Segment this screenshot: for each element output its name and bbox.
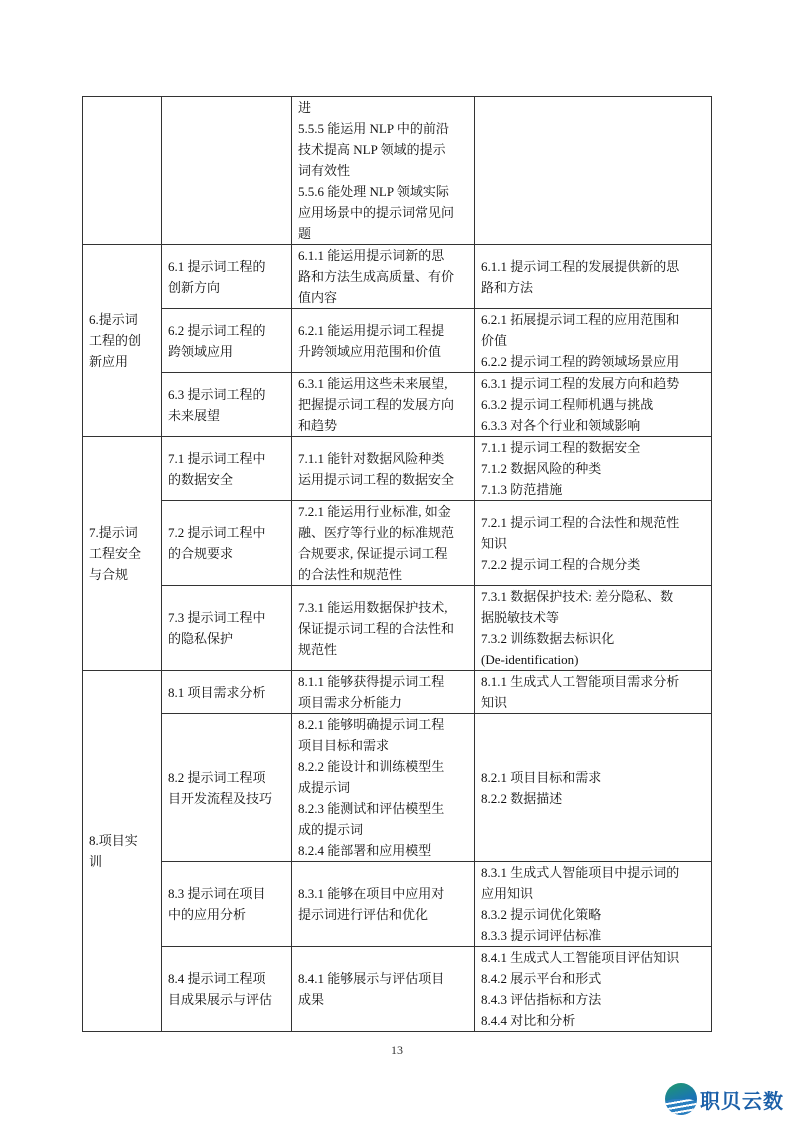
table-row: 8.4 提示词工程项 目成果展示与评估 8.4.1 能够展示与评估项目 成果 8… — [83, 947, 712, 1032]
unit-cell: 8.4 提示词工程项 目成果展示与评估 — [162, 947, 292, 1032]
cell-line: 应用知识 — [481, 883, 705, 904]
cell-line: 成果 — [298, 989, 468, 1010]
cell-line: 8.项目实 — [89, 830, 155, 851]
cell-line: 7.1.2 数据风险的种类 — [481, 458, 705, 479]
module-cell: 6.提示词 工程的创 新应用 — [83, 245, 162, 437]
cell-line: 7.2.1 提示词工程的合法性和规范性 — [481, 512, 705, 533]
cell-line: 工程安全 — [89, 543, 155, 564]
knowledge-cell: 8.1.1 生成式人工智能项目需求分析 知识 — [475, 671, 712, 714]
module-cell: 8.项目实 训 — [83, 671, 162, 1032]
cell-line: 的数据安全 — [168, 469, 285, 490]
skill-cell: 7.3.1 能运用数据保护技术, 保证提示词工程的合法性和 规范性 — [292, 586, 475, 671]
cell-line: 8.2.2 能设计和训练模型生 — [298, 756, 468, 777]
cell-line: 8.3 提示词在项目 — [168, 883, 285, 904]
cell-line: 7.3.1 能运用数据保护技术, — [298, 597, 468, 618]
knowledge-cell — [475, 97, 712, 245]
knowledge-cell: 8.2.1 项目目标和需求 8.2.2 数据描述 — [475, 714, 712, 862]
unit-cell: 6.2 提示词工程的 跨领域应用 — [162, 309, 292, 373]
cell-line: 成提示词 — [298, 777, 468, 798]
cell-line: 跨领域应用 — [168, 341, 285, 362]
skill-cell: 7.2.1 能运用行业标准, 如金 融、医疗等行业的标准规范 合规要求, 保证提… — [292, 501, 475, 586]
cell-line: (De-identification) — [481, 649, 705, 670]
skill-cell: 6.1.1 能运用提示词新的思 路和方法生成高质量、有价 值内容 — [292, 245, 475, 309]
table-row: 8.项目实 训 8.1 项目需求分析 8.1.1 能够获得提示词工程 项目需求分… — [83, 671, 712, 714]
cell-line: 8.3.2 提示词优化策略 — [481, 904, 705, 925]
cell-line: 知识 — [481, 692, 705, 713]
cell-line: 6.提示词 — [89, 309, 155, 330]
cell-line: 8.4.1 能够展示与评估项目 — [298, 968, 468, 989]
skill-cell: 8.4.1 能够展示与评估项目 成果 — [292, 947, 475, 1032]
cell-line: 路和方法 — [481, 277, 705, 298]
cell-line: 6.3.1 能运用这些未来展望, — [298, 373, 468, 394]
cell-line: 把握提示词工程的发展方向 — [298, 394, 468, 415]
cell-line: 8.3.1 能够在项目中应用对 — [298, 883, 468, 904]
brand-logo: 职贝云数 — [665, 1083, 784, 1115]
unit-cell: 7.1 提示词工程中 的数据安全 — [162, 437, 292, 501]
cell-line: 融、医疗等行业的标准规范 — [298, 522, 468, 543]
cell-line: 成的提示词 — [298, 819, 468, 840]
cell-line: 8.2.1 项目目标和需求 — [481, 767, 705, 788]
cell-line: 8.1.1 能够获得提示词工程 — [298, 671, 468, 692]
cell-line: 合规要求, 保证提示词工程 — [298, 543, 468, 564]
cell-line: 8.2.4 能部署和应用模型 — [298, 840, 468, 861]
knowledge-cell: 7.2.1 提示词工程的合法性和规范性 知识 7.2.2 提示词工程的合规分类 — [475, 501, 712, 586]
cell-line: 7.提示词 — [89, 522, 155, 543]
knowledge-cell: 7.3.1 数据保护技术: 差分隐私、数 据脱敏技术等 7.3.2 训练数据去标… — [475, 586, 712, 671]
table-row: 8.2 提示词工程项 目开发流程及技巧 8.2.1 能够明确提示词工程 项目目标… — [83, 714, 712, 862]
knowledge-cell: 8.4.1 生成式人工智能项目评估知识 8.4.2 展示平台和形式 8.4.3 … — [475, 947, 712, 1032]
table-row: 7.2 提示词工程中 的合规要求 7.2.1 能运用行业标准, 如金 融、医疗等… — [83, 501, 712, 586]
cell-line: 6.3.1 提示词工程的发展方向和趋势 — [481, 373, 705, 394]
cell-line: 7.3.2 训练数据去标识化 — [481, 628, 705, 649]
skill-cell: 6.2.1 能运用提示词工程提 升跨领域应用范围和价值 — [292, 309, 475, 373]
skill-cell: 8.3.1 能够在项目中应用对 提示词进行评估和优化 — [292, 862, 475, 947]
unit-cell — [162, 97, 292, 245]
skill-cell: 6.3.1 能运用这些未来展望, 把握提示词工程的发展方向 和趋势 — [292, 373, 475, 437]
cell-line: 工程的创 — [89, 330, 155, 351]
brand-name: 职贝云数 — [700, 1085, 784, 1114]
cell-line: 训 — [89, 851, 155, 872]
cell-line: 创新方向 — [168, 277, 285, 298]
cell-line: 6.3.3 对各个行业和领域影响 — [481, 415, 705, 436]
cell-line: 保证提示词工程的合法性和 — [298, 618, 468, 639]
cell-line: 升跨领域应用范围和价值 — [298, 341, 468, 362]
unit-cell: 8.2 提示词工程项 目开发流程及技巧 — [162, 714, 292, 862]
cell-line: 技术提高 NLP 领域的提示 — [298, 139, 468, 160]
table-row: 7.3 提示词工程中 的隐私保护 7.3.1 能运用数据保护技术, 保证提示词工… — [83, 586, 712, 671]
table-row: 8.3 提示词在项目 中的应用分析 8.3.1 能够在项目中应用对 提示词进行评… — [83, 862, 712, 947]
table-row: 进 5.5.5 能运用 NLP 中的前沿 技术提高 NLP 领域的提示 词有效性… — [83, 97, 712, 245]
cell-line: 8.3.1 生成式人智能项目中提示词的 — [481, 862, 705, 883]
skill-cell: 7.1.1 能针对数据风险种类 运用提示词工程的数据安全 — [292, 437, 475, 501]
cell-line: 与合规 — [89, 564, 155, 585]
table-row: 6.3 提示词工程的 未来展望 6.3.1 能运用这些未来展望, 把握提示词工程… — [83, 373, 712, 437]
cell-line: 7.1.1 能针对数据风险种类 — [298, 448, 468, 469]
table-row: 6.提示词 工程的创 新应用 6.1 提示词工程的 创新方向 6.1.1 能运用… — [83, 245, 712, 309]
cell-line: 7.2 提示词工程中 — [168, 522, 285, 543]
cell-line: 7.1 提示词工程中 — [168, 448, 285, 469]
cell-line: 7.2.1 能运用行业标准, 如金 — [298, 501, 468, 522]
module-cell: 7.提示词 工程安全 与合规 — [83, 437, 162, 671]
cell-line: 应用场景中的提示词常见问 — [298, 202, 468, 223]
table-row: 6.2 提示词工程的 跨领域应用 6.2.1 能运用提示词工程提 升跨领域应用范… — [83, 309, 712, 373]
module-cell — [83, 97, 162, 245]
cell-line: 项目需求分析能力 — [298, 692, 468, 713]
cell-line: 的合规要求 — [168, 543, 285, 564]
cell-line: 的隐私保护 — [168, 628, 285, 649]
curriculum-table: 进 5.5.5 能运用 NLP 中的前沿 技术提高 NLP 领域的提示 词有效性… — [82, 96, 712, 1032]
cell-line: 8.4.1 生成式人工智能项目评估知识 — [481, 947, 705, 968]
cell-line: 目成果展示与评估 — [168, 989, 285, 1010]
cell-line: 词有效性 — [298, 160, 468, 181]
cell-line: 8.4.3 评估指标和方法 — [481, 989, 705, 1010]
knowledge-cell: 6.3.1 提示词工程的发展方向和趋势 6.3.2 提示词工程师机遇与挑战 6.… — [475, 373, 712, 437]
cell-line: 路和方法生成高质量、有价 — [298, 266, 468, 287]
cell-line: 目开发流程及技巧 — [168, 788, 285, 809]
cell-line: 据脱敏技术等 — [481, 607, 705, 628]
cell-line: 8.2.3 能测试和评估模型生 — [298, 798, 468, 819]
cell-line: 8.4.2 展示平台和形式 — [481, 968, 705, 989]
cell-line: 提示词进行评估和优化 — [298, 904, 468, 925]
cell-line: 8.4.4 对比和分析 — [481, 1010, 705, 1031]
cell-line: 运用提示词工程的数据安全 — [298, 469, 468, 490]
cell-line: 8.1.1 生成式人工智能项目需求分析 — [481, 671, 705, 692]
unit-cell: 6.3 提示词工程的 未来展望 — [162, 373, 292, 437]
unit-cell: 8.3 提示词在项目 中的应用分析 — [162, 862, 292, 947]
cell-line: 规范性 — [298, 639, 468, 660]
cell-line: 新应用 — [89, 351, 155, 372]
unit-cell: 7.3 提示词工程中 的隐私保护 — [162, 586, 292, 671]
cell-line: 8.2.1 能够明确提示词工程 — [298, 714, 468, 735]
cell-line: 6.2 提示词工程的 — [168, 320, 285, 341]
cell-line: 6.2.1 能运用提示词工程提 — [298, 320, 468, 341]
page-number: 13 — [0, 1043, 794, 1058]
cell-line: 7.1.3 防范措施 — [481, 479, 705, 500]
knowledge-cell: 8.3.1 生成式人智能项目中提示词的 应用知识 8.3.2 提示词优化策略 8… — [475, 862, 712, 947]
cell-line: 8.3.3 提示词评估标准 — [481, 925, 705, 946]
cell-line: 项目目标和需求 — [298, 735, 468, 756]
wave-globe-icon — [665, 1083, 697, 1115]
cell-line: 6.3 提示词工程的 — [168, 384, 285, 405]
skill-cell: 8.2.1 能够明确提示词工程 项目目标和需求 8.2.2 能设计和训练模型生 … — [292, 714, 475, 862]
cell-line: 题 — [298, 223, 468, 244]
cell-line: 7.1.1 提示词工程的数据安全 — [481, 437, 705, 458]
cell-line: 7.2.2 提示词工程的合规分类 — [481, 554, 705, 575]
cell-line: 6.1.1 能运用提示词新的思 — [298, 245, 468, 266]
knowledge-cell: 7.1.1 提示词工程的数据安全 7.1.2 数据风险的种类 7.1.3 防范措… — [475, 437, 712, 501]
cell-line: 8.4 提示词工程项 — [168, 968, 285, 989]
cell-line: 7.3 提示词工程中 — [168, 607, 285, 628]
skill-cell: 8.1.1 能够获得提示词工程 项目需求分析能力 — [292, 671, 475, 714]
skill-cell: 进 5.5.5 能运用 NLP 中的前沿 技术提高 NLP 领域的提示 词有效性… — [292, 97, 475, 245]
cell-line: 8.2 提示词工程项 — [168, 767, 285, 788]
cell-line: 价值 — [481, 330, 705, 351]
cell-line: 和趋势 — [298, 415, 468, 436]
cell-line: 6.3.2 提示词工程师机遇与挑战 — [481, 394, 705, 415]
cell-line: 进 — [298, 97, 468, 118]
unit-cell: 8.1 项目需求分析 — [162, 671, 292, 714]
knowledge-cell: 6.1.1 提示词工程的发展提供新的思 路和方法 — [475, 245, 712, 309]
cell-line: 的合法性和规范性 — [298, 564, 468, 585]
cell-line: 知识 — [481, 533, 705, 554]
cell-line: 6.1 提示词工程的 — [168, 256, 285, 277]
cell-line: 6.1.1 提示词工程的发展提供新的思 — [481, 256, 705, 277]
unit-cell: 7.2 提示词工程中 的合规要求 — [162, 501, 292, 586]
unit-cell: 6.1 提示词工程的 创新方向 — [162, 245, 292, 309]
cell-line: 8.1 项目需求分析 — [168, 682, 285, 703]
cell-line: 7.3.1 数据保护技术: 差分隐私、数 — [481, 586, 705, 607]
cell-line: 值内容 — [298, 287, 468, 308]
cell-line: 8.2.2 数据描述 — [481, 788, 705, 809]
cell-line: 中的应用分析 — [168, 904, 285, 925]
cell-line: 6.2.1 拓展提示词工程的应用范围和 — [481, 309, 705, 330]
cell-line: 6.2.2 提示词工程的跨领域场景应用 — [481, 351, 705, 372]
cell-line: 5.5.5 能运用 NLP 中的前沿 — [298, 118, 468, 139]
cell-line: 5.5.6 能处理 NLP 领域实际 — [298, 181, 468, 202]
table-row: 7.提示词 工程安全 与合规 7.1 提示词工程中 的数据安全 7.1.1 能针… — [83, 437, 712, 501]
cell-line: 未来展望 — [168, 405, 285, 426]
knowledge-cell: 6.2.1 拓展提示词工程的应用范围和 价值 6.2.2 提示词工程的跨领域场景… — [475, 309, 712, 373]
